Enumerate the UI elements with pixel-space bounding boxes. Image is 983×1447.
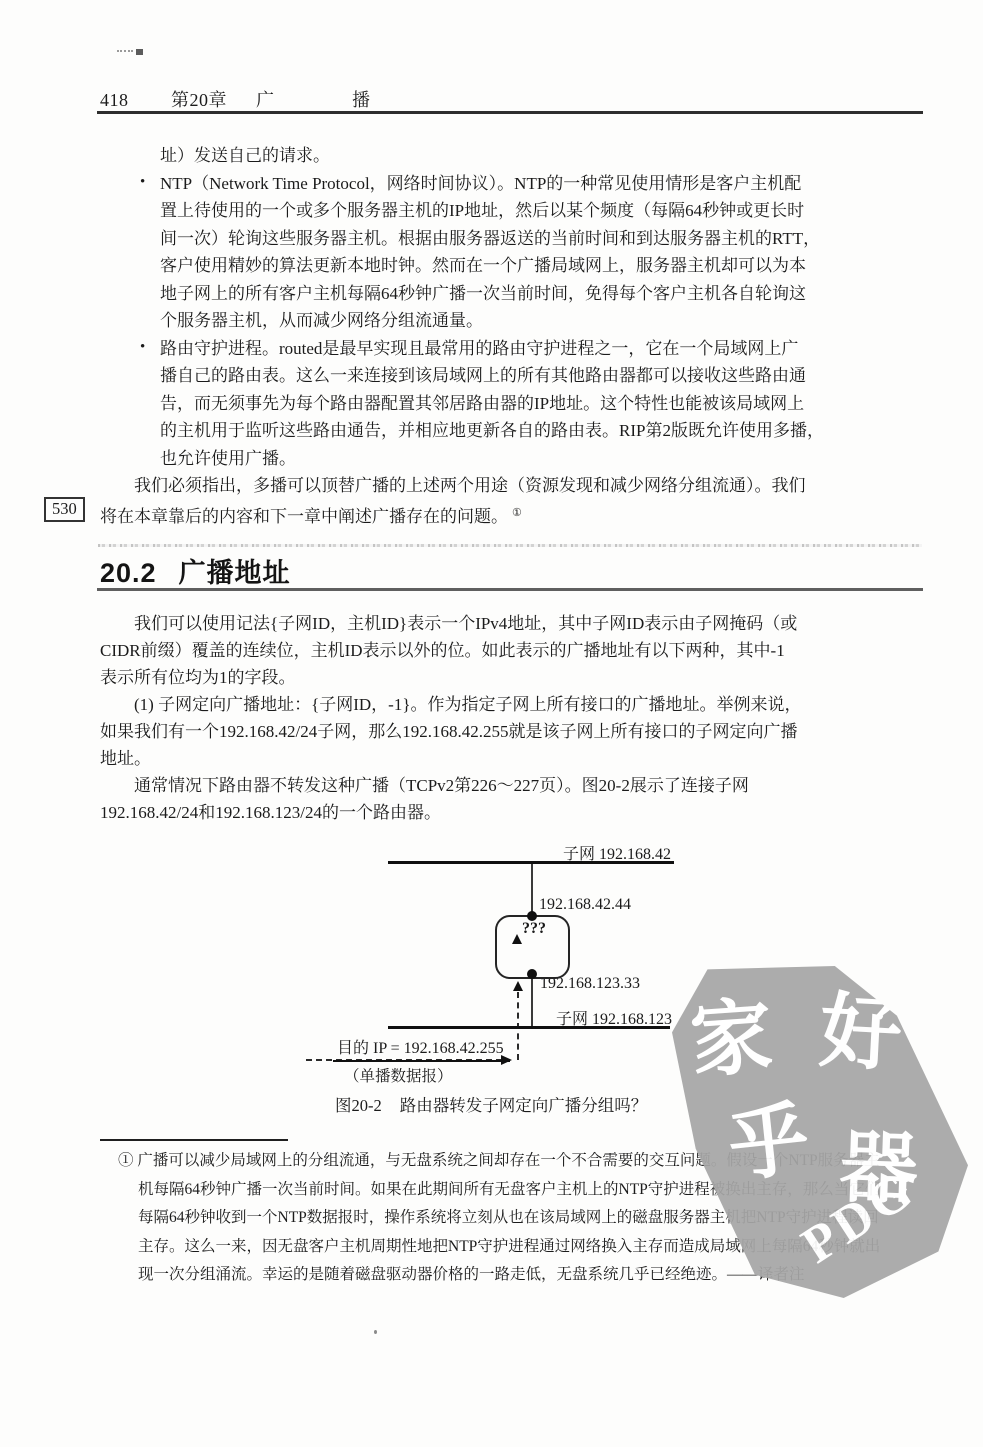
margin-page-box: 530 (44, 497, 85, 522)
body-text-block: 址）发送自己的请求。•NTP（Network Time Protocol，网络时… (100, 142, 928, 530)
arrow-right-icon (501, 1055, 512, 1065)
text-line: 告，而无须事先为每个路由器配置其邻居路由器的IP地址。这个特性也能被该局域网上 (100, 390, 928, 418)
text-line: 表示所有位均为1的字段。 (100, 664, 928, 691)
text-run: 我们必须指出，多播可以顶替广播的上述两个用途（资源发现和减少网络分组流通）。我们 (100, 472, 806, 500)
text-run: 址）发送自己的请求。 (100, 142, 330, 170)
scan-artifact (374, 1330, 377, 1334)
section-title: 广播地址 (179, 558, 291, 588)
page-number: 418 (100, 90, 166, 111)
body-text-block: 我们可以使用记法{子网ID，主机ID}表示一个IPv4地址，其中子网ID表示由子… (100, 610, 928, 826)
text-run: 播自己的路由表。这么一来连接到该局域网上的所有其他路由器都可以接收这些路由通 (100, 362, 806, 390)
scan-artifact (136, 49, 143, 55)
watermark-glyph: 乎 (722, 1074, 814, 1197)
text-line: 间一次）轮询这些服务器主机。根据由服务器返送的当前时间和到达服务器主机的RTT， (100, 225, 928, 253)
text-line: •NTP（Network Time Protocol，网络时间协议）。NTP的一… (100, 170, 928, 198)
book-page: 418 第20章 广 播 址）发送自己的请求。•NTP（Network Time… (0, 0, 983, 1447)
destination-ip-label: 目的 IP = 192.168.42.255 (333, 1035, 510, 1062)
connection-dot (527, 969, 537, 979)
figure-caption-number: 图20-2 (335, 1096, 382, 1115)
text-line: 置上待使用的一个或多个服务器主机的IP地址，然后以某个频度（每隔64秒钟或更长时 (100, 197, 928, 225)
text-line: 地址。 (100, 745, 928, 772)
text-line: 址）发送自己的请求。 (100, 142, 928, 170)
text-line: 个服务器主机，从而减少网络分组流通量。 (100, 307, 928, 335)
text-run: 通常情况下路由器不转发这种广播（TCPv2第226～227页）。图20-2展示了… (100, 772, 749, 799)
scan-artifact (117, 50, 133, 52)
text-run: 将在本章靠后的内容和下一章中阐述广播存在的问题。 (100, 507, 508, 526)
bullet-icon: • (140, 169, 145, 197)
text-line: 地子网上的所有客户主机每隔64秒钟广播一次当前时间，免得每个客户主机各自轮询这 (100, 280, 928, 308)
footnote-reference-mark: ① (512, 507, 522, 519)
text-line: 我们可以使用记法{子网ID，主机ID}表示一个IPv4地址，其中子网ID表示由子… (100, 610, 928, 637)
figure-caption-text: 路由器转发子网定向广播分组吗？ (400, 1096, 648, 1115)
header-rule (97, 111, 923, 114)
text-run: 我们可以使用记法{子网ID，主机ID}表示一个IPv4地址，其中子网ID表示由子… (100, 610, 797, 637)
text-line: 播自己的路由表。这么一来连接到该局域网上的所有其他路由器都可以接收这些路由通 (100, 362, 928, 390)
text-run: 置上待使用的一个或多个服务器主机的IP地址，然后以某个频度（每隔64秒钟或更长时 (100, 197, 804, 225)
text-line: 将在本章靠后的内容和下一章中阐述广播存在的问题。① (100, 500, 928, 531)
text-run: 也允许使用广播。 (100, 445, 296, 473)
text-run: 路由守护进程。routed是最早实现且最常用的路由守护进程之一，它在一个局域网上… (100, 335, 798, 363)
router-top-interface-label: 192.168.42.44 (539, 896, 631, 914)
arrow-up-icon (513, 981, 523, 991)
scan-noise-band (98, 544, 922, 547)
text-run: NTP（Network Time Protocol，网络时间协议）。NTP的一种… (100, 170, 801, 198)
watermark-glyph: 家 (686, 971, 776, 1093)
text-line: 的主机用于监听这些路由通告，并相应地更新各自的路由表。RIP第2版既允许使用多播… (100, 417, 928, 445)
section-heading: 20.2广播地址 (100, 551, 291, 590)
text-run: 192.168.42/24和192.168.123/24的一个路由器。 (100, 803, 441, 822)
text-line: 通常情况下路由器不转发这种广播（TCPv2第226～227页）。图20-2展示了… (100, 772, 928, 799)
text-run: 现一次分组涌流。幸运的是随着磁盘驱动器价格的一路走低，无盘系统几乎已经绝迹。——… (118, 1261, 805, 1290)
text-line: 我们必须指出，多播可以顶替广播的上述两个用途（资源发现和减少网络分组流通）。我们 (100, 472, 928, 500)
subnet-bottom-wire (388, 1026, 670, 1029)
router-uplink-line (531, 864, 533, 916)
watermark-glyph: 好 (817, 966, 905, 1087)
section-rule (97, 588, 923, 591)
unicast-datagram-label: （单播数据报） (344, 1064, 453, 1086)
text-run: 地址。 (100, 749, 151, 768)
chapter-number: 第20章 (171, 86, 227, 112)
section-number: 20.2 (100, 558, 157, 588)
text-line: •路由守护进程。routed是最早实现且最常用的路由守护进程之一，它在一个局域网… (100, 335, 928, 363)
text-run: 间一次）轮询这些服务器主机。根据由服务器返送的当前时间和到达服务器主机的RTT， (100, 225, 820, 253)
text-line: 客户使用精妙的算法更新本地时钟。然而在一个广播局域网上，服务器主机却可以为本 (100, 252, 928, 280)
text-run: (1) 子网定向广播地址：{子网ID，-1}。作为指定子网上所有接口的广播地址。… (100, 691, 802, 718)
text-line: 192.168.42/24和192.168.123/24的一个路由器。 (100, 799, 928, 826)
text-run: 的主机用于监听这些路由通告，并相应地更新各自的路由表。RIP第2版既允许使用多播… (100, 417, 824, 445)
text-line: CIDR前缀）覆盖的连续位，主机ID表示以外的位。如此表示的广播地址有以下两种，… (100, 637, 928, 664)
router-question-label: ??? (522, 920, 546, 938)
figure-caption: 图20-2路由器转发子网定向广播分组吗？ (335, 1092, 647, 1116)
text-run: 表示所有位均为1的字段。 (100, 668, 296, 687)
text-run: 个服务器主机，从而减少网络分组流通量。 (100, 307, 483, 335)
text-run: 客户使用精妙的算法更新本地时钟。然而在一个广播局域网上，服务器主机却可以为本 (100, 252, 806, 280)
chapter-title: 广 播 (256, 86, 384, 112)
text-line: 也允许使用广播。 (100, 445, 928, 473)
text-line: 如果我们有一个192.168.42/24子网，那么192.168.42.255就… (100, 718, 928, 745)
bullet-icon: • (140, 334, 145, 362)
text-run: 地子网上的所有客户主机每隔64秒钟广播一次当前时间，免得每个客户主机各自轮询这 (100, 280, 806, 308)
text-line: (1) 子网定向广播地址：{子网ID，-1}。作为指定子网上所有接口的广播地址。… (100, 691, 928, 718)
text-run: 如果我们有一个192.168.42/24子网，那么192.168.42.255就… (100, 722, 797, 741)
text-run: 告，而无须事先为每个路由器配置其邻居路由器的IP地址。这个特性也能被该局域网上 (100, 390, 804, 418)
page-header: 418 第20章 广 播 (100, 86, 922, 112)
footnote-rule (100, 1139, 288, 1141)
text-run: CIDR前缀）覆盖的连续位，主机ID表示以外的位。如此表示的广播地址有以下两种，… (100, 641, 785, 660)
arrow-up-icon (512, 934, 522, 944)
router-downlink-line (531, 977, 533, 1028)
